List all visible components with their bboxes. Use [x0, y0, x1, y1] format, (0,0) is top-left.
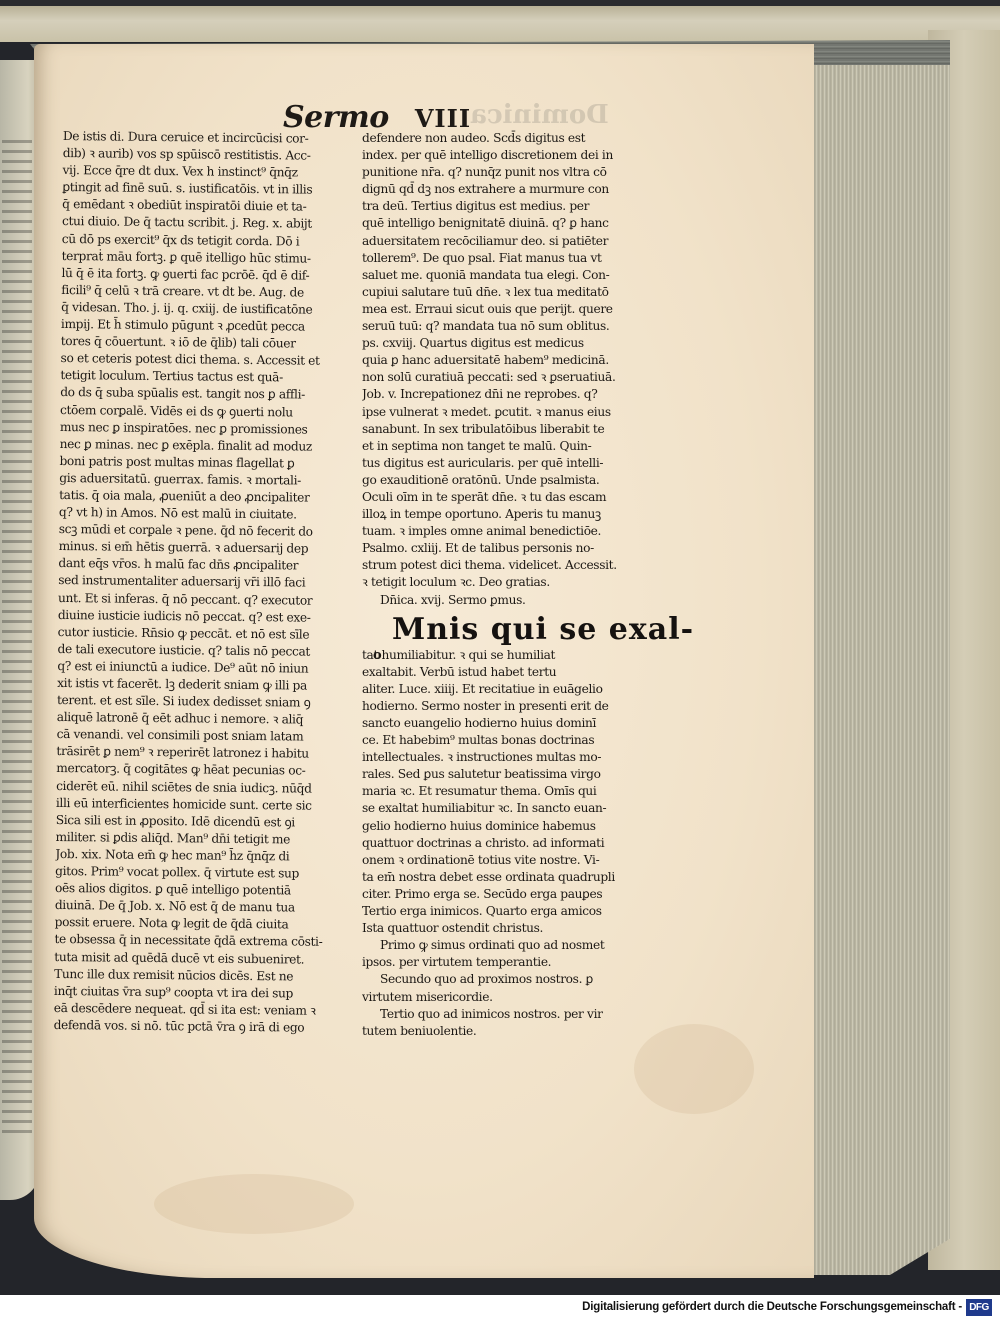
text-line: Psalmo. cxliij. Et de talibus personis n…: [362, 540, 672, 557]
text-line: exaltabit. Verbū istud habet tertu: [362, 664, 672, 681]
text-line: Job. v. Increpationez dn̄i ne reprobes. …: [362, 386, 672, 403]
paragraph-line: Primo ꝙ simus ordinati quo ad nosmet: [362, 937, 672, 954]
text-line: Tertio erga inimicos. Quarto erga amicos: [362, 903, 672, 920]
text-line: quē intelligo benignitatē diuinā. q? ꝑ h…: [362, 215, 672, 232]
paragraph-line: tutem beniuolentie.: [362, 1023, 672, 1040]
text-line: citer. Primo erga se. Secūdo erga pauꝑes: [362, 886, 672, 903]
text-line: rales. Sed ꝑus salutetur beatissima virg…: [362, 766, 672, 783]
text-line: tat humiliabitur. ꝛ qui se humiliat: [362, 647, 672, 664]
right-column-paragraphs: Primo ꝙ simus ordinati quo ad nosmetipso…: [362, 937, 672, 1040]
text-line: intellectuales. ꝛ instructiones multas m…: [362, 749, 672, 766]
text-line: ipse vulnerat ꝛ medet. ꝑcutit. ꝛ manus e…: [362, 404, 672, 421]
text-line: non solū curatiuā peccati: sed ꝛ ꝑseruat…: [362, 369, 672, 386]
paragraph-line: ipsos. per virtutem temperantie.: [362, 954, 672, 971]
text-line: tollerem⁹. De quo psal. Fiat manus tua v…: [362, 250, 672, 267]
text-line: illoꝝ in tempe oportuno. Aperis tu manuꝫ: [362, 506, 672, 523]
text-line: ce. Et habebim⁹ multas bonas doctrinas: [362, 732, 672, 749]
right-column-text-after: tat humiliabitur. ꝛ qui se humiliatexalt…: [362, 647, 672, 938]
text-line: mea est. Erraui sicut ouis que perijt. q…: [362, 301, 672, 318]
text-line: tus digitus est auricularis. per quē int…: [362, 455, 672, 472]
text-line: sanabunt. In sex tribulatōibus liberabit…: [362, 421, 672, 438]
text-line: aduersitatem recōciliamur deo. si patiēt…: [362, 233, 672, 250]
paragraph-line: Tertio quo ad inimicos nostros. per vir: [362, 1006, 672, 1023]
right-text-column: defendere non audeo. Scd̄s digitus estin…: [362, 130, 672, 1040]
right-column-text-before: defendere non audeo. Scd̄s digitus estin…: [362, 130, 672, 592]
text-line: ꝛ tetigit loculum ꝛc. Deo gratias.: [362, 574, 672, 591]
book-cover-top: [0, 6, 1000, 42]
text-line: Oculi oīm in te sperāt dn̄e. ꝛ tu das es…: [362, 489, 672, 506]
text-line: tuam. ꝛ imples omne animal benedictiōe.: [362, 523, 672, 540]
text-line: Ista quattuor ostendit christus.: [362, 920, 672, 937]
text-line: cupiui salutare tuū dn̄e. ꝛ lex tua medi…: [362, 284, 672, 301]
text-line: defendere non audeo. Scd̄s digitus est: [362, 130, 672, 147]
text-line: hodierno. Sermo noster in presenti erit …: [362, 698, 672, 715]
text-line: maria ꝛc. Et resumatur thema. Omīs qui: [362, 783, 672, 800]
left-text-column: De istis di. Dura ceruice et incircūcisi…: [54, 128, 348, 1037]
text-line: et in septima non tanget te malū. Quin-: [362, 438, 672, 455]
paragraph-line: virtutem misericordie.: [362, 989, 672, 1006]
text-line: ps. cxviij. Quartus digitus est medicus: [362, 335, 672, 352]
text-line: strum potest dici thema. videlicet. Acce…: [362, 557, 672, 574]
initial-heading: Mnis qui se exal-: [362, 613, 694, 647]
bleed-through-text: Dominica: [470, 100, 609, 130]
left-page-text: [2, 140, 32, 1140]
text-line: quattuor doctrinas a christo. ad informa…: [362, 835, 672, 852]
text-line: ta em̄ nostra debet esse ordinata quadru…: [362, 869, 672, 886]
text-line: seruū tuū: q? mandata tua nō sum oblitus…: [362, 318, 672, 335]
text-line: tra deū. Tertius digitus est medius. per: [362, 198, 672, 215]
text-line: se exaltat humiliabitur ꝛc. In sancto eu…: [362, 800, 672, 817]
text-line: defendā vos. si nō. tūc pctā v̄ra ꝯ irā …: [54, 1017, 339, 1037]
text-line: dignū qd̄ dꝫ nos extrahere a murmure con: [362, 181, 672, 198]
footer-credit: Digitalisierung gefördert durch die Deut…: [582, 1301, 962, 1313]
initial-heading-block: Mnis qui se exal-: [362, 611, 672, 647]
header-number: VIII: [415, 104, 471, 133]
text-line: go exauditionē oratōnū. Unde psalmista.: [362, 472, 672, 489]
text-line: quia ꝑ hanc aduersitatē habem⁹ medicinā.: [362, 352, 672, 369]
text-line: sancto euangelio hodierno huius dominī: [362, 715, 672, 732]
text-line: onem ꝛ ordinationē totius vite nostre. V…: [362, 852, 672, 869]
text-line: punitione nr̄a. q? nunq̄z punit nos vltr…: [362, 164, 672, 181]
initial-letter-guide: o: [373, 647, 381, 664]
text-line: gelio hodierno huius dominice habemus: [362, 818, 672, 835]
page-edges-right: [800, 65, 950, 1275]
paragraph-line: Secundo quo ad proximos nostros. ꝑ: [362, 971, 672, 988]
section-heading: Dn̄ica. xvij. Sermo ꝑmus.: [362, 592, 672, 609]
text-line: index. per quē intelligo discretionem de…: [362, 147, 672, 164]
text-line: aliter. Luce. xiiij. Et recitatiue in eu…: [362, 681, 672, 698]
dfg-logo-icon: DFG: [966, 1299, 992, 1316]
book-scan: Dominica Sermo VIII De istis di. Dura ce…: [0, 0, 1000, 1295]
text-line: saluet me. quoniā mandata tua elegi. Con…: [362, 267, 672, 284]
